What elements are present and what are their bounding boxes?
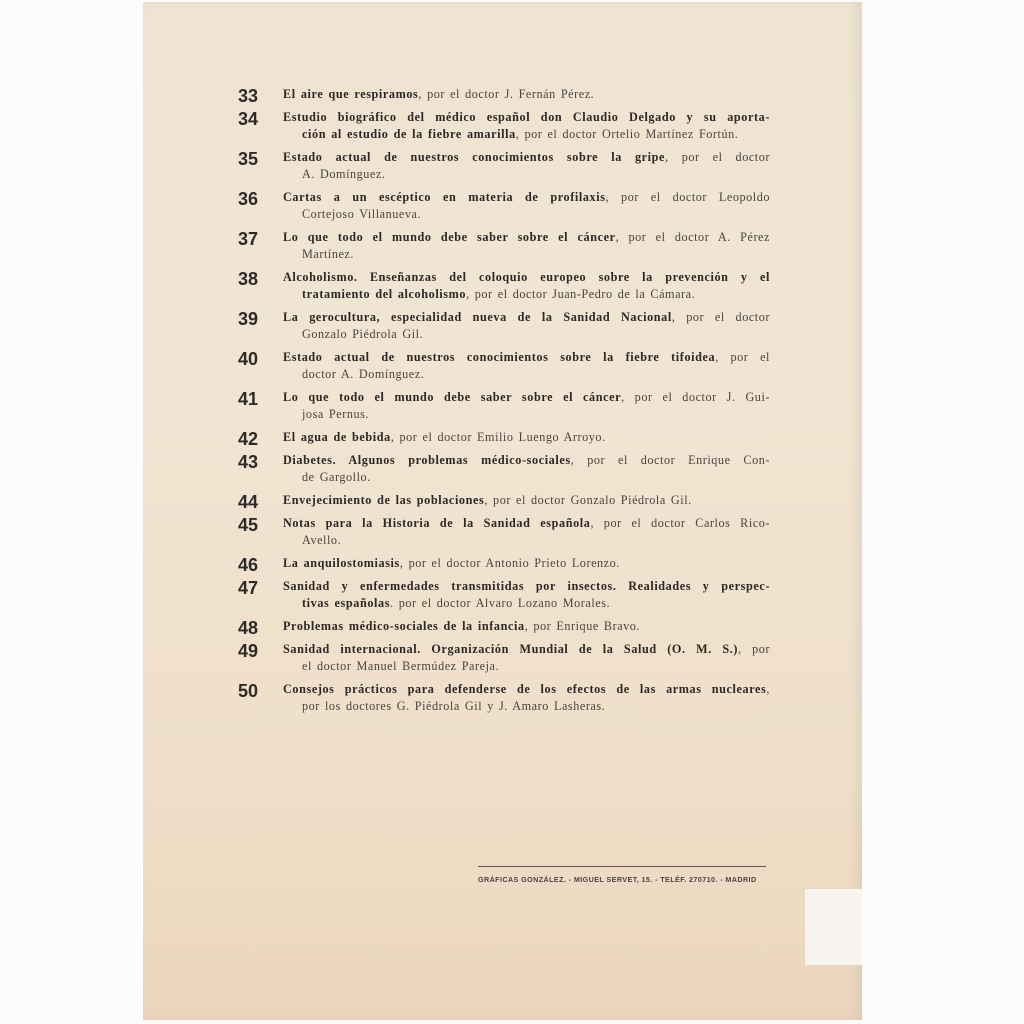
entry-author: , por el doctor Leopoldo <box>606 190 770 204</box>
entry-number: 49 <box>238 641 258 661</box>
list-item: 40Estado actual de nuestros conocimiento… <box>238 349 770 383</box>
entry-author: de Gargollo. <box>302 470 371 484</box>
entry-number: 45 <box>238 515 258 535</box>
entry-author: Martínez. <box>302 247 354 261</box>
entry-text: Consejos prácticos para defenderse de lo… <box>283 681 770 715</box>
publication-list: 33El aire que respiramos, por el doctor … <box>238 86 770 721</box>
entry-author: , por el doctor Carlos Rico- <box>590 516 770 530</box>
entry-number: 42 <box>238 429 258 449</box>
entry-title: Lo que todo el mundo debe saber sobre el… <box>283 230 616 244</box>
entry-author: , por el doctor <box>665 150 770 164</box>
list-item: 44Envejecimiento de las poblaciones, por… <box>238 492 770 509</box>
imprint-divider <box>478 866 766 867</box>
entry-author: , por el doctor Enrique Con- <box>571 453 770 467</box>
list-item: 41Lo que todo el mundo debe saber sobre … <box>238 389 770 423</box>
entry-text: Sanidad internacional. Organización Mund… <box>283 641 770 675</box>
list-item: 49Sanidad internacional. Organización Mu… <box>238 641 770 675</box>
entry-author: el doctor Manuel Bermúdez Pareja. <box>302 659 499 673</box>
entry-author: , por el doctor A. Pérez <box>616 230 770 244</box>
entry-title: Notas para la Historia de la Sanidad esp… <box>283 516 590 530</box>
entry-title: La gerocultura, especialidad nueva de la… <box>283 310 672 324</box>
list-item: 48Problemas médico-sociales de la infanc… <box>238 618 770 635</box>
entry-author: doctor A. Domínguez. <box>302 367 424 381</box>
entry-author: Gonzalo Piédrola Gil. <box>302 327 423 341</box>
entry-text: Problemas médico-sociales de la infancia… <box>283 618 770 635</box>
entry-title: El agua de bebida <box>283 430 391 444</box>
entry-author: , por el doctor J. Gui- <box>621 390 770 404</box>
entry-text: Sanidad y enfermedades transmitidas por … <box>283 578 770 612</box>
entry-number: 39 <box>238 309 258 329</box>
entry-title: Alcoholismo. Enseñanzas del coloquio eur… <box>283 270 770 284</box>
entry-author: A. Domínguez. <box>302 167 385 181</box>
entry-title: Sanidad internacional. Organización Mund… <box>283 642 738 656</box>
list-item: 37Lo que todo el mundo debe saber sobre … <box>238 229 770 263</box>
printer-imprint: GRÁFICAS GONZÁLEZ. - MIGUEL SERVET, 15. … <box>478 875 778 884</box>
list-item: 39La gerocultura, especialidad nueva de … <box>238 309 770 343</box>
entry-number: 36 <box>238 189 258 209</box>
entry-text: El aire que respiramos, por el doctor J.… <box>283 86 770 103</box>
entry-author: . por el doctor Alvaro Lozano Morales. <box>390 596 610 610</box>
entry-author: , por el doctor <box>672 310 770 324</box>
entry-title: Diabetes. Algunos problemas médico-socia… <box>283 453 571 467</box>
entry-author: , por el doctor Gonzalo Piédrola Gil. <box>484 493 691 507</box>
paper-tear-patch <box>805 889 862 965</box>
entry-text: Notas para la Historia de la Sanidad esp… <box>283 515 770 549</box>
list-item: 47Sanidad y enfermedades transmitidas po… <box>238 578 770 612</box>
entry-text: Lo que todo el mundo debe saber sobre el… <box>283 229 770 263</box>
entry-number: 35 <box>238 149 258 169</box>
entry-number: 48 <box>238 618 258 638</box>
entry-title: Estado actual de nuestros conocimientos … <box>283 350 715 364</box>
entry-title-continued: tivas españolas <box>302 596 390 610</box>
list-item: 45Notas para la Historia de la Sanidad e… <box>238 515 770 549</box>
entry-title: Estado actual de nuestros conocimientos … <box>283 150 665 164</box>
entry-text: Envejecimiento de las poblaciones, por e… <box>283 492 770 509</box>
entry-number: 50 <box>238 681 258 701</box>
entry-title: Problemas médico-sociales de la infancia <box>283 619 525 633</box>
entry-number: 46 <box>238 555 258 575</box>
entry-author: , por <box>738 642 770 656</box>
entry-number: 47 <box>238 578 258 598</box>
entry-author: , por Enrique Bravo. <box>525 619 640 633</box>
entry-author: Cortejoso Villanueva. <box>302 207 421 221</box>
entry-text: Estudio biográfico del médico español do… <box>283 109 770 143</box>
entry-title: Lo que todo el mundo debe saber sobre el… <box>283 390 621 404</box>
entry-author: Avello. <box>302 533 341 547</box>
entry-author: , por el doctor J. Fernán Pérez. <box>418 87 594 101</box>
entry-author: , por el doctor Ortelio Martínez Fortún. <box>516 127 739 141</box>
list-item: 38Alcoholismo. Enseñanzas del coloquio e… <box>238 269 770 303</box>
entry-number: 41 <box>238 389 258 409</box>
entry-title: La anquilostomiasis <box>283 556 400 570</box>
entry-title: Consejos prácticos para defenderse de lo… <box>283 682 766 696</box>
entry-title: Cartas a un escéptico en materia de prof… <box>283 190 606 204</box>
entry-number: 38 <box>238 269 258 289</box>
list-item: 33El aire que respiramos, por el doctor … <box>238 86 770 103</box>
entry-number: 37 <box>238 229 258 249</box>
entry-title-continued: ción al estudio de la fiebre amarilla <box>302 127 516 141</box>
entry-text: El agua de bebida, por el doctor Emilio … <box>283 429 770 446</box>
entry-text: Cartas a un escéptico en materia de prof… <box>283 189 770 223</box>
entry-text: Estado actual de nuestros conocimientos … <box>283 149 770 183</box>
entry-author: , por el doctor Emilio Luengo Arroyo. <box>391 430 606 444</box>
entry-text: Lo que todo el mundo debe saber sobre el… <box>283 389 770 423</box>
entry-number: 33 <box>238 86 258 106</box>
entry-title: El aire que respiramos <box>283 87 418 101</box>
list-item: 35Estado actual de nuestros conocimiento… <box>238 149 770 183</box>
list-item: 43Diabetes. Algunos problemas médico-soc… <box>238 452 770 486</box>
entry-text: La gerocultura, especialidad nueva de la… <box>283 309 770 343</box>
entry-number: 34 <box>238 109 258 129</box>
list-item: 34Estudio biográfico del médico español … <box>238 109 770 143</box>
list-item: 46La anquilostomiasis, por el doctor Ant… <box>238 555 770 572</box>
entry-title: Estudio biográfico del médico español do… <box>283 110 770 124</box>
entry-title: Sanidad y enfermedades transmitidas por … <box>283 579 770 593</box>
list-item: 36Cartas a un escéptico en materia de pr… <box>238 189 770 223</box>
entry-author: , por el doctor Juan-Pedro de la Cámara. <box>466 287 695 301</box>
entry-title: Envejecimiento de las poblaciones <box>283 493 484 507</box>
entry-text: Alcoholismo. Enseñanzas del coloquio eur… <box>283 269 770 303</box>
entry-number: 40 <box>238 349 258 369</box>
entry-author: por los doctores G. Piédrola Gil y J. Am… <box>302 699 605 713</box>
entry-title-continued: tratamiento del alcoholismo <box>302 287 466 301</box>
entry-number: 43 <box>238 452 258 472</box>
entry-author: , <box>766 682 770 696</box>
entry-author: josa Pernus. <box>302 407 369 421</box>
entry-number: 44 <box>238 492 258 512</box>
entry-text: La anquilostomiasis, por el doctor Anton… <box>283 555 770 572</box>
entry-author: , por el <box>715 350 770 364</box>
entry-text: Diabetes. Algunos problemas médico-socia… <box>283 452 770 486</box>
list-item: 50Consejos prácticos para defenderse de … <box>238 681 770 715</box>
entry-text: Estado actual de nuestros conocimientos … <box>283 349 770 383</box>
list-item: 42El agua de bebida, por el doctor Emili… <box>238 429 770 446</box>
entry-author: , por el doctor Antonio Prieto Lorenzo. <box>400 556 620 570</box>
